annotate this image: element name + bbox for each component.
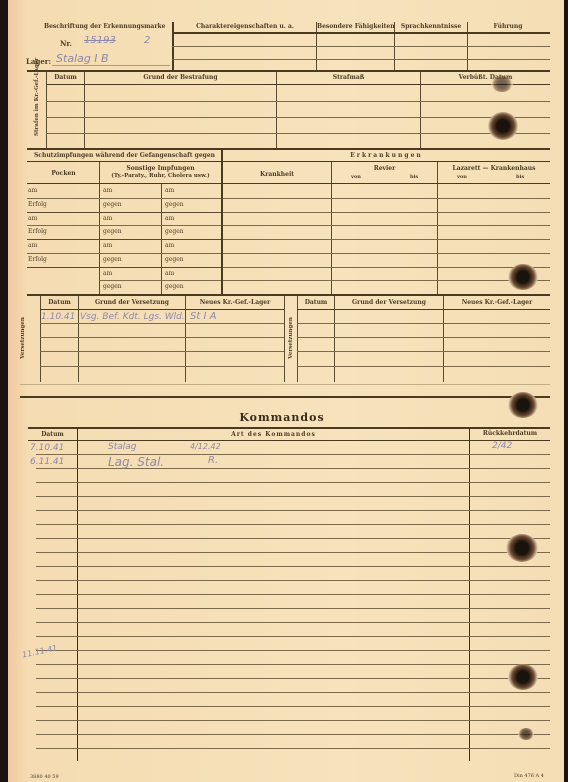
kommandos-col-datum: Datum — [28, 432, 77, 438]
impfungen-title: Schutzimpfungen während der Gefangenscha… — [28, 153, 221, 159]
kommando-entry-1-art: Stalag — [108, 443, 137, 452]
versetzung-col-grund-left: Grund der Versetzung — [79, 300, 185, 306]
erkrankungen-col-lazarett: Lazarett — Krankenhaus — [438, 166, 550, 172]
header-col-fuehrung: Führung — [468, 24, 548, 30]
pow-record-card: Beschriftung der Erkennungsmarke Nr. 151… — [8, 0, 564, 782]
kommando-row-line — [36, 706, 550, 707]
kommando-row-line — [36, 566, 550, 567]
revier-bis: bis — [410, 175, 418, 180]
sonstige-cell: am — [165, 188, 174, 194]
pocken-cell: Erfolg — [28, 229, 47, 235]
sonstige-cell: am — [103, 271, 112, 277]
kommandos-title: Kommandos — [8, 411, 556, 424]
kommando-row-line — [36, 538, 550, 539]
tag-label: Beschriftung der Erkennungsmarke — [44, 24, 165, 30]
versetzung-entry-lager: St I A — [190, 312, 216, 322]
header-col-faehigkeiten: Besondere Fähigkeiten — [317, 24, 394, 30]
impfungen-col-sonstige-sub: (Ty.-Paraty., Ruhr, Cholera usw.) — [100, 174, 221, 180]
kommando-entry-2-datum: 6.11.41 — [30, 458, 64, 467]
punch-hole — [506, 534, 538, 562]
kommando-row-line — [36, 496, 550, 497]
strafen-col-strafmass: Strafmaß — [277, 75, 420, 81]
lazarett-bis: bis — [516, 175, 524, 180]
kommando-row-line — [36, 692, 550, 693]
kommando-row-line — [36, 524, 550, 525]
kommando-row-line — [36, 608, 550, 609]
sonstige-cell: gegen — [165, 229, 184, 235]
versetzung-col-datum-right: Datum — [298, 300, 334, 306]
kommando-row-line — [36, 636, 550, 637]
punch-hole — [491, 76, 513, 92]
sonstige-cell: am — [103, 243, 112, 249]
sonstige-cell: am — [103, 216, 112, 222]
row-line — [223, 198, 550, 199]
footer-print-code: 3880 40 59 — [30, 774, 59, 780]
kommando-row-line — [36, 678, 550, 679]
row-line — [223, 267, 550, 268]
kommando-entry-1-rueckkehr: 2/42 — [492, 442, 512, 451]
kommando-entry-2-extra: R. — [208, 456, 218, 466]
strafen-col-datum: Datum — [47, 75, 84, 81]
kommando-row-line — [36, 664, 550, 665]
versetzung-entry-grund: Vsg. Bef. Kdt. Lgs. Wld. — [80, 313, 185, 322]
punch-hole — [518, 728, 534, 740]
row-line — [27, 198, 221, 199]
row-line — [27, 267, 221, 268]
erkrankungen-col-revier: Revier — [332, 166, 437, 172]
kommando-entry-1-datum: 7.10.41 — [30, 444, 64, 453]
strafen-col-grund: Grund der Bestrafung — [85, 75, 276, 81]
margin-note: 11.11.41 — [22, 644, 59, 659]
kommando-row-line — [36, 580, 550, 581]
pocken-cell: am — [28, 243, 37, 249]
versetzung-col-lager-left: Neues Kr.-Gef.-Lager — [186, 300, 284, 306]
kommando-row-line — [36, 650, 550, 651]
sonstige-cell: gegen — [103, 257, 122, 263]
punch-hole — [508, 392, 538, 418]
punch-hole — [488, 112, 518, 140]
versetzungen-side-label-right: Versetzungen — [288, 311, 294, 365]
nr-label: Nr. — [60, 40, 72, 47]
row-line — [27, 239, 221, 240]
row-line — [223, 239, 550, 240]
sonstige-cell: gegen — [103, 229, 122, 235]
kommando-entry-2-art: Lag. Stal. — [108, 456, 164, 468]
kommandos-col-rueckkehr: Rückkehrdatum — [470, 431, 550, 437]
versetzung-col-lager-right: Neues Kr.-Gef.-Lager — [444, 300, 550, 306]
kommando-row-line — [36, 748, 550, 749]
pocken-cell: am — [28, 216, 37, 222]
strafen-col-verbuesst: Verbüßt. Datum — [421, 75, 550, 81]
sonstige-cell: gegen — [103, 202, 122, 208]
kommandos-col-art: Art des Kommandos — [78, 432, 469, 438]
footer-din: Din 476 A 4 — [514, 773, 544, 779]
kommando-row-line — [36, 720, 550, 721]
pocken-cell: am — [28, 188, 37, 194]
impfungen-col-sonstige: Sonstige Impfungen — [100, 166, 221, 172]
row-line — [223, 253, 550, 254]
sonstige-cell: am — [165, 271, 174, 277]
sonstige-cell: gegen — [103, 284, 122, 290]
row-line — [223, 280, 550, 281]
header-col-charakter: Charaktereigenschaften u. a. — [174, 24, 316, 30]
revier-von: von — [351, 175, 361, 180]
kommando-row-line — [36, 622, 550, 623]
sonstige-cell: am — [165, 216, 174, 222]
sonstige-cell: gegen — [165, 202, 184, 208]
impfungen-col-pocken: Pocken — [28, 171, 99, 177]
versetzung-col-datum-left: Datum — [41, 300, 78, 306]
punch-hole — [508, 264, 538, 290]
row-line — [223, 225, 550, 226]
kommando-row-line — [36, 482, 550, 483]
kommando-row-line — [36, 734, 550, 735]
row-line — [27, 253, 221, 254]
row-line — [99, 280, 221, 281]
erkrankungen-title: Erkrankungen — [223, 153, 550, 159]
erkrankungen-col-krankheit: Krankheit — [223, 172, 331, 178]
lazarett-von: von — [457, 175, 467, 180]
kommando-entry-1-extra: 4/12.42 — [190, 443, 221, 451]
strafen-side-label: Strafen im Kr.-Gef.-Lager — [34, 82, 40, 136]
kommando-row-line — [36, 594, 550, 595]
sonstige-cell: gegen — [165, 284, 184, 290]
sonstige-cell: am — [165, 243, 174, 249]
header-col-sprachen: Sprachkenntnisse — [395, 24, 467, 30]
lager-value: Stalag I B — [56, 53, 109, 64]
sonstige-cell: am — [103, 188, 112, 194]
row-line — [27, 212, 221, 213]
pocken-cell: Erfolg — [28, 257, 47, 263]
punch-hole — [508, 664, 538, 690]
nr-suffix: 2 — [144, 36, 150, 46]
sonstige-cell: gegen — [165, 257, 184, 263]
kommando-row-line — [36, 552, 550, 553]
versetzungen-side-label-left: Versetzungen — [20, 311, 26, 365]
versetzung-entry-datum: 1.10.41 — [41, 313, 75, 322]
kommando-row-line — [36, 510, 550, 511]
pocken-cell: Erfolg — [28, 202, 47, 208]
nr-value: 15193 — [84, 36, 116, 46]
row-line — [27, 225, 221, 226]
versetzung-col-grund-right: Grund der Versetzung — [335, 300, 443, 306]
row-line — [223, 212, 550, 213]
